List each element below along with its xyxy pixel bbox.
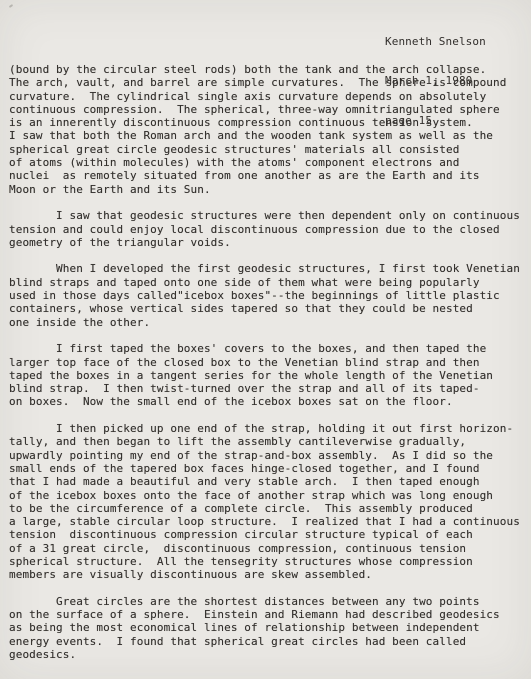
scan-artifact-speck bbox=[9, 4, 13, 8]
paragraph: Great circles are the shortest distances… bbox=[9, 595, 529, 661]
author-name: Kenneth Snelson bbox=[385, 35, 486, 48]
paragraph: I first taped the boxes' covers to the b… bbox=[9, 342, 529, 408]
scanned-document-page: Kenneth Snelson March 1, 1980 page 15 (b… bbox=[0, 0, 531, 679]
paragraph: (bound by the circular steel rods) both … bbox=[9, 63, 529, 196]
paragraph: I saw that geodesic structures were then… bbox=[9, 209, 529, 249]
paragraph: I then picked up one end of the strap, h… bbox=[9, 422, 529, 582]
document-body: (bound by the circular steel rods) both … bbox=[9, 63, 529, 675]
paragraph: When I developed the first geodesic stru… bbox=[9, 262, 529, 328]
